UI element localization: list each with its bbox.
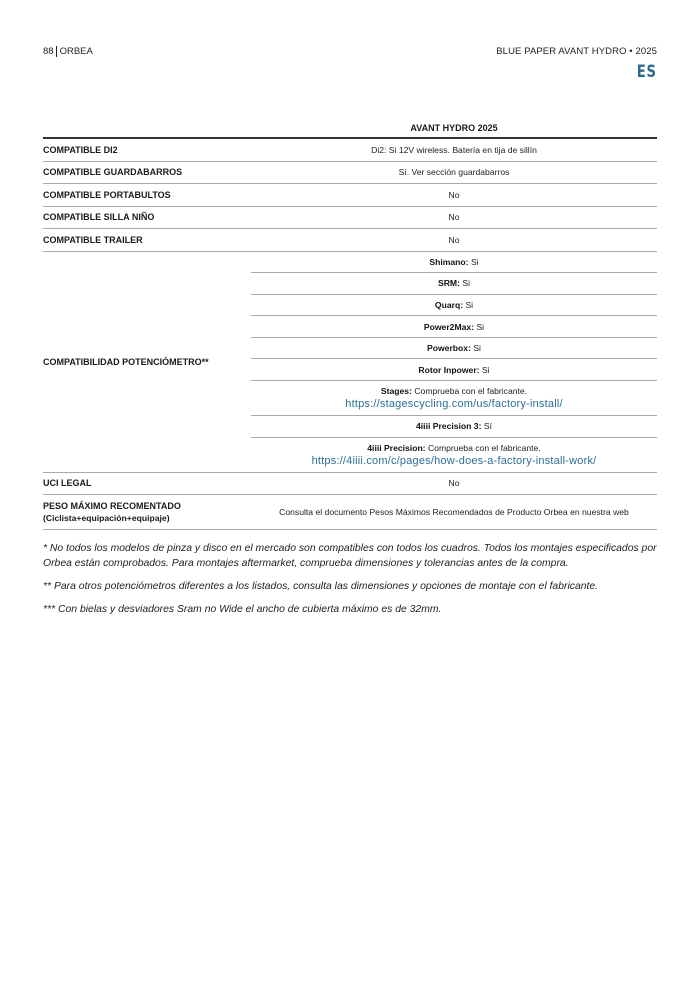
powermeter-brand: SRM: [438,278,460,288]
footnote: * No todos los modelos de pinza y disco … [43,541,663,571]
powermeter-value: Si [462,278,470,288]
page-header-left: 88 ORBEA [43,46,93,57]
row-value: No [251,229,657,252]
powermeter-item: 4iiii Precision 3: Sí [251,416,657,438]
powermeter-item: Quarq: Si [251,294,657,316]
table-row: COMPATIBLE PORTABULTOS No [43,184,657,207]
powermeter-item: Powerbox: Si [251,337,657,359]
powermeter-values: Shimano: Si SRM: Si Quarq: Si Power2Max:… [251,251,657,472]
powermeter-item: Power2Max: Si [251,316,657,338]
4iiii-link[interactable]: https://4iiii.com/c/pages/how-does-a-fac… [251,455,657,467]
powermeter-brand: Stages: [381,386,412,396]
header-divider [56,46,57,57]
powermeter-brand: 4iiii Precision: [367,443,425,453]
table-row: COMPATIBLE DI2 Di2: Si 12V wireless. Bat… [43,138,657,161]
language-badge: ES [637,62,657,82]
powermeter-value: Si [476,322,484,332]
peso-sublabel: (Ciclista+equipación+equipaje) [43,513,251,523]
powermeter-brand: Rotor Inpower: [418,365,479,375]
powermeter-item: Shimano: Si [251,252,657,273]
row-value: No [251,184,657,207]
powermeter-brand: Shimano: [429,257,468,267]
row-label: COMPATIBLE SILLA NIÑO [43,206,251,229]
powermeter-item: Rotor Inpower: Si [251,359,657,381]
header-empty-cell [43,119,251,138]
powermeter-brand: 4iiii Precision 3: [416,421,481,431]
powermeter-value: Si [465,300,473,310]
spec-table: AVANT HYDRO 2025 COMPATIBLE DI2 Di2: Si … [43,119,657,530]
powermeter-item: 4iiii Precision: Comprueba con el fabric… [251,437,657,472]
column-header: AVANT HYDRO 2025 [251,119,657,138]
table-row-uci: UCI LEGAL No [43,472,657,495]
peso-label: PESO MÁXIMO RECOMENTADO [43,501,181,511]
row-value: No [251,472,657,495]
powermeter-value: Sí [484,421,492,431]
brand-name: ORBEA [60,46,93,57]
stages-link[interactable]: https://stagescycling.com/us/factory-ins… [251,398,657,410]
row-value: No [251,206,657,229]
powermeter-brand: Power2Max: [424,322,474,332]
powermeter-brand: Quarq: [435,300,463,310]
powermeter-label: COMPATIBILIDAD POTENCIÓMETRO** [43,251,251,472]
powermeter-value: Comprueba con el fabricante. [428,443,541,453]
row-label: COMPATIBLE GUARDABARROS [43,161,251,184]
row-value: Di2: Si 12V wireless. Batería en tija de… [251,138,657,161]
footnotes: * No todos los modelos de pinza y disco … [43,541,663,625]
page-number: 88 [43,46,54,57]
powermeter-item: SRM: Si [251,273,657,295]
powermeter-brand: Powerbox: [427,343,471,353]
footnote: *** Con bielas y desviadores Sram no Wid… [43,602,663,617]
footnote: ** Para otros potenciómetros diferentes … [43,579,663,594]
row-label: PESO MÁXIMO RECOMENTADO (Ciclista+equipa… [43,495,251,530]
powermeter-value: Si [473,343,481,353]
powermeter-value: Comprueba con el fabricante. [414,386,527,396]
powermeter-value: Si [471,257,479,267]
table-row: COMPATIBLE GUARDABARROS Sí. Ver sección … [43,161,657,184]
row-label: COMPATIBLE TRAILER [43,229,251,252]
row-value: Sí. Ver sección guardabarros [251,161,657,184]
powermeter-value: Si [482,365,490,375]
table-row: COMPATIBLE SILLA NIÑO No [43,206,657,229]
row-label: COMPATIBLE DI2 [43,138,251,161]
row-value: Consulta el documento Pesos Máximos Reco… [251,495,657,530]
row-label: UCI LEGAL [43,472,251,495]
row-label: COMPATIBLE PORTABULTOS [43,184,251,207]
powermeter-row: COMPATIBILIDAD POTENCIÓMETRO** Shimano: … [43,251,657,472]
table-row-peso: PESO MÁXIMO RECOMENTADO (Ciclista+equipa… [43,495,657,530]
powermeter-item: Stages: Comprueba con el fabricante.http… [251,381,657,416]
table-row: COMPATIBLE TRAILER No [43,229,657,252]
table-header-row: AVANT HYDRO 2025 [43,119,657,138]
document-title: BLUE PAPER AVANT HYDRO • 2025 [496,46,657,57]
powermeter-list: Shimano: Si SRM: Si Quarq: Si Power2Max:… [251,252,657,472]
